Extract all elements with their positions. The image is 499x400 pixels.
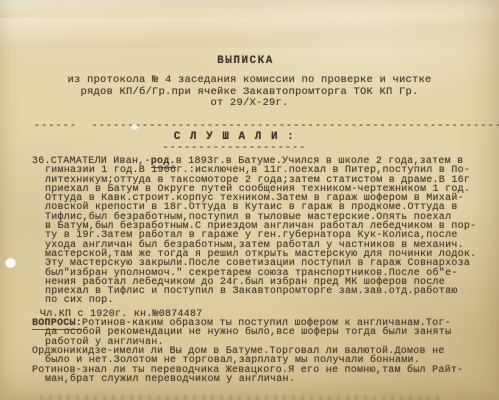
section-heading-slushali: С Л У Ш А Л И : xyxy=(0,131,469,143)
document-subtitle: из протокола № 4 заседания комиссии по п… xyxy=(10,75,489,110)
questions-paragraph-3: Ротинов-знал ли ты переводчика Жевацкого… xyxy=(32,366,484,385)
questions-paragraph-1: ВОПРОСЫ:Ротинов-каким образом ты поступи… xyxy=(32,319,484,347)
question-rotinov-2: Ротинов-знал ли ты переводчика Жевацкого… xyxy=(32,365,463,385)
page-title: ВЫПИСКА xyxy=(0,55,491,67)
paper-hole xyxy=(5,258,16,268)
entry-continuation: гимназии 1 год.В 1906г.:исключен,в 11г.п… xyxy=(45,165,476,306)
question-rotinov-1: Ротинов-каким образом ты поступил шоферо… xyxy=(45,318,451,348)
cut-off-line-smudge xyxy=(40,395,439,400)
paper-crease xyxy=(0,18,499,48)
questions-paragraph-2: Орджоникидзе-имели ли Вы дом в Батуме.То… xyxy=(32,347,484,366)
document-body: 36.СТАМАТЕЛИ Иван,-род.в 1893г.в Батуме.… xyxy=(32,157,484,384)
question-ordzhonikidze: Орджоникидзе-имели ли Вы дом в Батуме.То… xyxy=(32,346,445,366)
document-page: ВЫПИСКА из протокола № 4 заседания комис… xyxy=(0,0,499,400)
entry-paragraph: 36.СТАМАТЕЛИ Иван,-род.в 1893г.в Батуме.… xyxy=(32,157,484,306)
section-heading-underline: -------------------- xyxy=(0,143,469,154)
